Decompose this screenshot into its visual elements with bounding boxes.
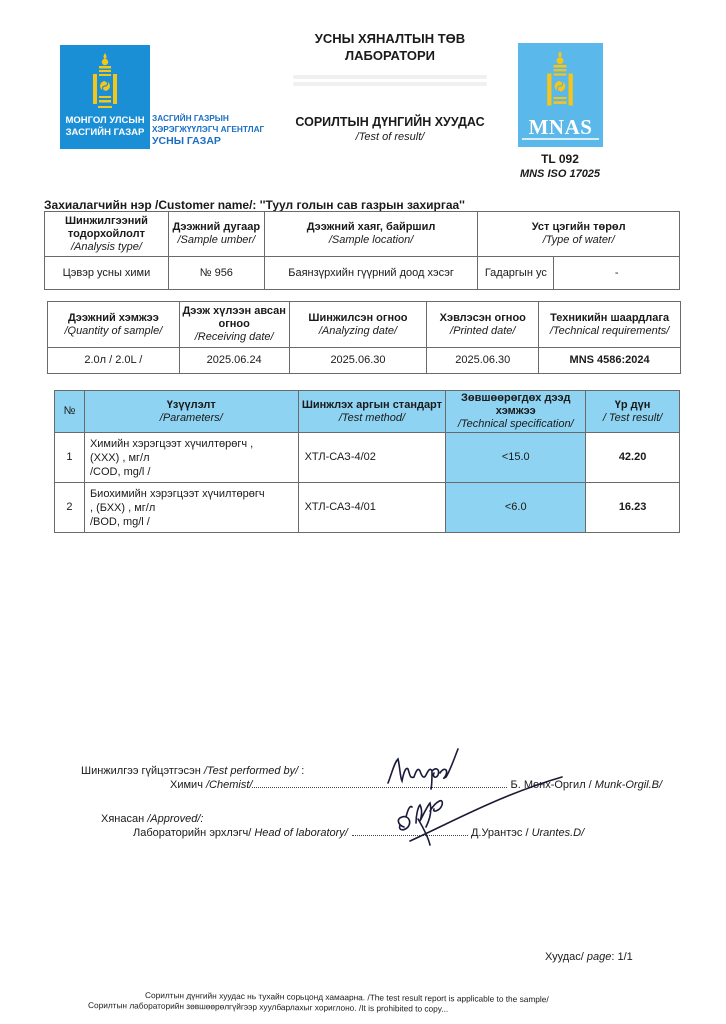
param-line: , (БХХ) , мг/л [90,501,298,515]
gov-name-line1: МОНГОЛ УЛСЫН [60,115,150,127]
header-en: /Quantity of sample/ [48,325,179,338]
page-label-mn: Хуудас/ [545,951,587,963]
cell-sample-number: № 956 [168,257,264,290]
header-en: /Technical requirements/ [539,325,680,338]
header-technical-requirements: Техникийн шаардлага/Technical requiremen… [539,302,681,348]
head-signature-icon [390,775,570,850]
accreditation-standard: MNS ISO 17025 [500,168,620,180]
cell-no: 2 [55,483,85,533]
chemist-label-mn: Химич [170,779,206,791]
header-mn: Хэвлэсэн огноо [427,312,538,325]
cell-analyzing-date: 2025.06.30 [289,348,427,374]
header-test-result: Үр дүн/ Test result/ [586,391,680,433]
cell-location: Баянзүрхийн гүүрний доод хэсэг [264,257,478,290]
table-row: Цэвэр усны хими № 956 Баянзүрхийн гүүрни… [45,257,680,290]
mnas-tagline [522,138,599,140]
header-sample-number: Дээжний дугаар/Sample umber/ [168,212,264,257]
government-logo: МОНГОЛ УЛСЫН ЗАСГИЙН ГАЗАР [60,45,150,149]
header-mn: Үзүүлэлт [85,399,298,412]
header-sample-location: Дээжний хаяг, байршил/Sample location/ [264,212,478,257]
table-header-row: Дээжний хэмжээ/Quantity of sample/ Дээж … [48,302,681,348]
accreditation-code: TL 092 [510,152,610,166]
approved-label: Хянасан /Approved/: [101,812,204,826]
header-en: /Analyzing date/ [290,325,427,338]
header-mn: Дээжний хаяг, байршил [265,221,478,234]
cell-receiving-date: 2025.06.24 [179,348,289,374]
agency-line1: ЗАСГИЙН ГАЗРЫН [152,113,264,124]
cell-method: ХТЛ-САЗ-4/02 [298,433,446,483]
header-quantity: Дээжний хэмжээ/Quantity of sample/ [48,302,180,348]
param-line: /BOD, mg/l / [90,515,298,529]
cell-quantity: 2.0л / 2.0L / [48,348,180,374]
mnas-logo: MNAS [518,43,603,147]
header-parameters: Үзүүлэлт/Parameters/ [84,391,298,433]
sample-info-table: Шинжилгээний тодорхойлолт/Analysis type/… [44,211,680,290]
param-line: Химийн хэрэгцээт хүчилтөрөгч , [90,437,298,451]
header-en: /Technical specification/ [446,418,585,431]
header-water-type: Уст цэгийн төрөл/Type of water/ [478,212,680,257]
table-header-row: № Үзүүлэлт/Parameters/ Шинжлэх аргын ста… [55,391,680,433]
cell-water-type: Гадаргын ус [478,257,554,290]
header-en: /Sample location/ [265,234,478,247]
header-mn: Шинжилгээний тодорхойлолт [45,215,168,241]
header-mn: Техникийн шаардлага [539,312,680,325]
agency-name: ЗАСГИЙН ГАЗРЫН ХЭРЭГЖҮҮЛЭГЧ АГЕНТЛАГ УСН… [152,113,264,148]
gov-name-line2: ЗАСГИЙН ГАЗАР [60,127,150,139]
header-no: № [55,391,85,433]
document-subtitle: /Test of result/ [270,131,510,143]
header-printed-date: Хэвлэсэн огноо/Printed date/ [427,302,539,348]
approved-label-mn: Хянасан [101,813,147,825]
header-mn: Үр дүн [586,399,679,412]
header-mn: Шинжилсэн огноо [290,312,427,325]
table-row: 2 Биохимийн хэрэгцээт хүчилтөрөгч , (БХХ… [55,483,680,533]
table-header-row: Шинжилгээний тодорхойлолт/Analysis type/… [45,212,680,257]
results-table: № Үзүүлэлт/Parameters/ Шинжлэх аргын ста… [54,390,680,533]
lab-name: УСНЫ ХЯНАЛТЫН ТӨВ ЛАБОРАТОРИ [270,30,510,64]
cell-method: ХТЛ-САЗ-4/01 [298,483,446,533]
param-line: /COD, mg/l / [90,465,298,479]
param-line: (ХХХ) , мг/л [90,451,298,465]
cell-printed-date: 2025.06.30 [427,348,539,374]
lab-name-line2: ЛАБОРАТОРИ [270,47,510,64]
header-mn: Дээжний дугаар [169,221,264,234]
mnas-logo-text: MNAS [518,115,603,140]
performed-colon: : [298,765,304,777]
table-row: 1 Химийн хэрэгцээт хүчилтөрөгч , (ХХХ) ,… [55,433,680,483]
header-en: /Type of water/ [478,234,679,247]
cell-result: 16.23 [586,483,680,533]
customer-line: Захиалагчийн нэр /Customer name/: ''Туул… [44,198,465,212]
header-mn: Дээж хүлээн авсан огноо [180,305,289,331]
performed-label-en: /Test performed by/ [204,765,298,777]
head-label-mn: Лабораторийн эрхлэгч/ [133,827,254,839]
header-analyzing-date: Шинжилсэн огноо/Analyzing date/ [289,302,427,348]
param-line: Биохимийн хэрэгцээт хүчилтөрөгч [90,487,298,501]
faint-address [285,72,495,92]
page-number: Хуудас/ page: 1/1 [545,951,633,963]
dates-table: Дээжний хэмжээ/Quantity of sample/ Дээж … [47,301,681,374]
soyombo-emblem-icon [546,51,574,113]
header-mn: Уст цэгийн төрөл [478,221,679,234]
cell-technical-requirements: MNS 4586:2024 [539,348,681,374]
customer-name: ''Туул голын сав газрын захиргаа'' [260,198,465,212]
header-en: /Parameters/ [85,412,298,425]
header-en: / Test result/ [586,412,679,425]
cell-water-type-extra: - [554,257,680,290]
header-receiving-date: Дээж хүлээн авсан огноо/Receiving date/ [179,302,289,348]
header-en: /Sample umber/ [169,234,264,247]
approved-label-en: /Approved/: [147,813,203,825]
cell-result: 42.20 [586,433,680,483]
header-mn: Дээжний хэмжээ [48,312,179,325]
header-en: /Analysis type/ [45,241,168,254]
document-title: СОРИЛТЫН ДҮНГИЙН ХУУДАС [270,115,510,129]
cell-parameter: Биохимийн хэрэгцээт хүчилтөрөгч , (БХХ) … [84,483,298,533]
chemist-name-en: Munk-Orgil.B/ [595,779,662,791]
cell-spec: <15.0 [446,433,586,483]
header-en: /Printed date/ [427,325,538,338]
header-test-method: Шинжлэх аргын стандарт/Test method/ [298,391,446,433]
page-label-en: page [587,951,611,963]
chemist-label-en: /Chemist/ [206,779,252,791]
header-mn: Шинжлэх аргын стандарт [299,399,446,412]
customer-label: Захиалагчийн нэр /Customer name/: [44,198,256,212]
cell-spec: <6.0 [446,483,586,533]
performed-label-mn: Шинжилгээ гүйцэтгэсэн [81,765,204,777]
header-en: /Receiving date/ [180,331,289,344]
cell-parameter: Химийн хэрэгцээт хүчилтөрөгч , (ХХХ) , м… [84,433,298,483]
cell-no: 1 [55,433,85,483]
header-analysis-type: Шинжилгээний тодорхойлолт/Analysis type/ [45,212,169,257]
lab-name-line1: УСНЫ ХЯНАЛТЫН ТӨВ [270,30,510,47]
table-row: 2.0л / 2.0L / 2025.06.24 2025.06.30 2025… [48,348,681,374]
performed-by-label: Шинжилгээ гүйцэтгэсэн /Test performed by… [81,764,304,778]
agency-line2: ХЭРЭГЖҮҮЛЭГЧ АГЕНТЛАГ [152,124,264,135]
government-name: МОНГОЛ УЛСЫН ЗАСГИЙН ГАЗАР [60,115,150,139]
soyombo-emblem-icon [93,53,117,111]
cell-analysis-type: Цэвэр усны хими [45,257,169,290]
header-mn: Зөвшөөрөгдөх дээд хэмжээ [446,392,585,418]
agency-line3: УСНЫ ГАЗАР [152,135,264,148]
page-value: : 1/1 [611,951,632,963]
header-en: /Test method/ [299,412,446,425]
head-label-en: Head of laboratory/ [254,827,348,839]
header-technical-specification: Зөвшөөрөгдөх дээд хэмжээ/Technical speci… [446,391,586,433]
